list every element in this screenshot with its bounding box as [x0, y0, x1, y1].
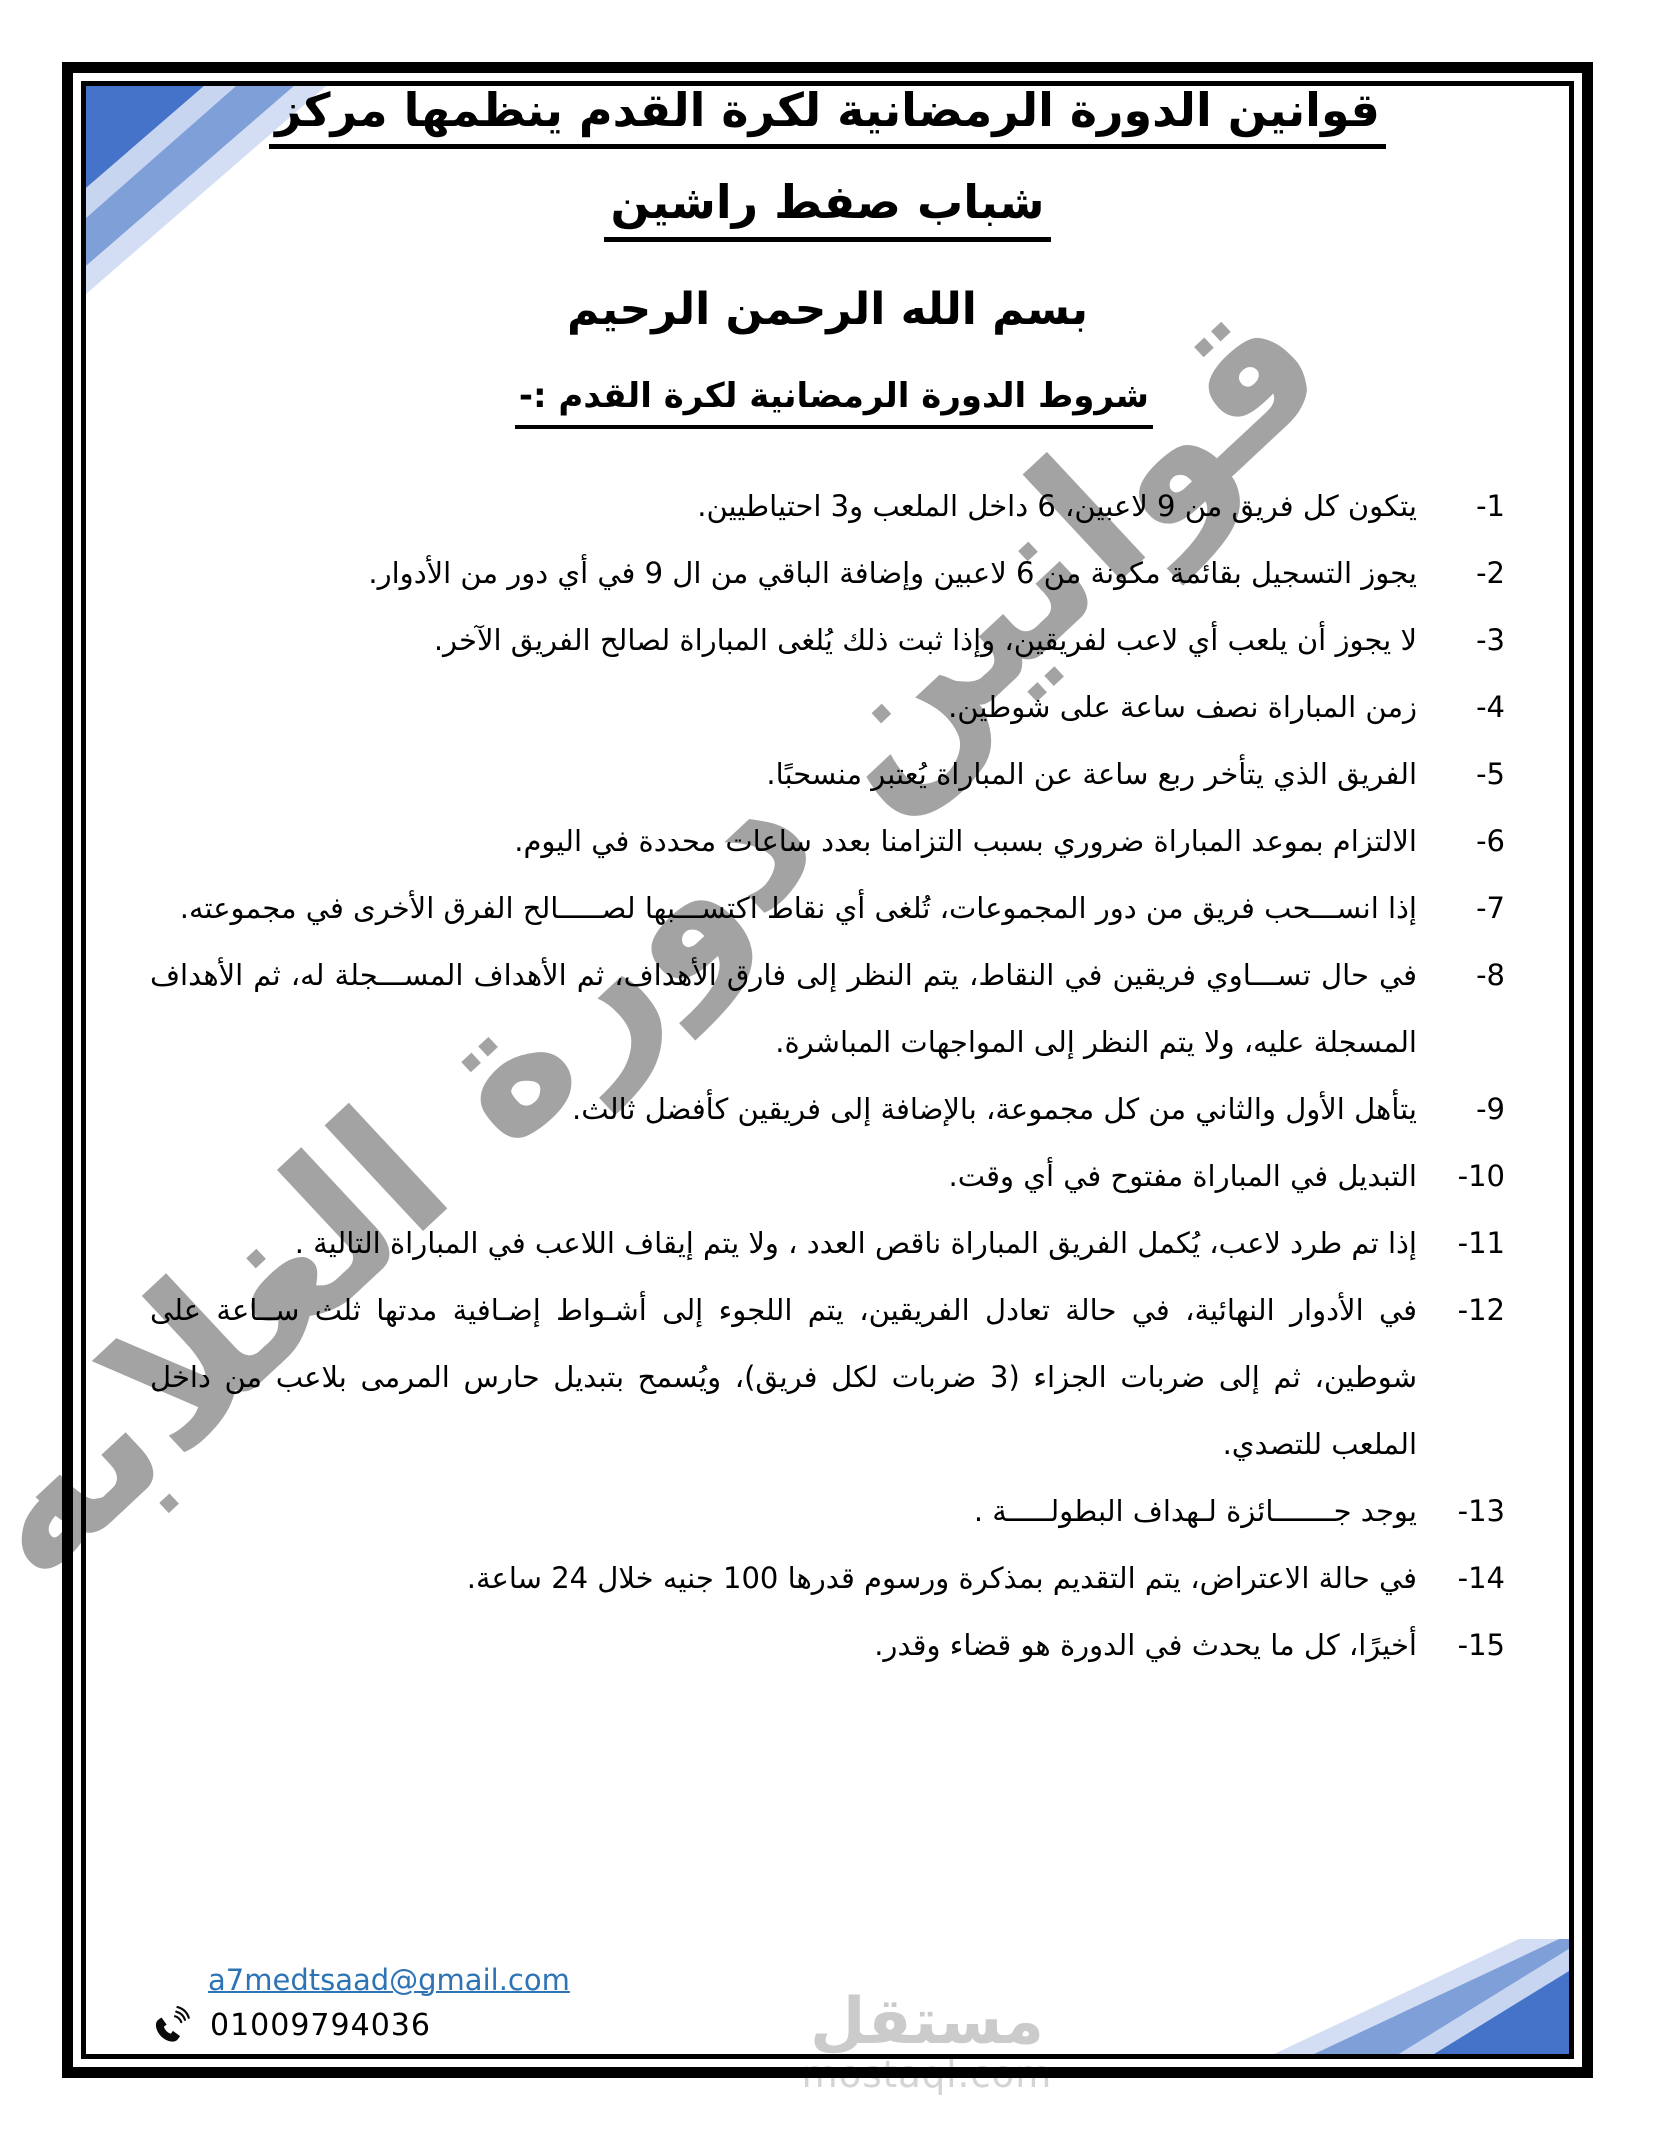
rule-text: في حال تســـاوي فريقين في النقاط، يتم ال…	[150, 942, 1417, 1076]
rule-number: 15-	[1417, 1612, 1505, 1679]
rule-text: إذا تم طرد لاعب، يُكمل الفريق المباراة ن…	[150, 1210, 1417, 1277]
rule-number: 3-	[1417, 607, 1505, 674]
rule-item: 8- في حال تســـاوي فريقين في النقاط، يتم…	[150, 942, 1505, 1076]
rule-number: 6-	[1417, 808, 1505, 875]
rule-number: 4-	[1417, 674, 1505, 741]
site-watermark-arabic: مستقل	[772, 1990, 1082, 2054]
rule-text: يجوز التسجيل بقائمة مكونة من 6 لاعبين وإ…	[150, 540, 1417, 607]
rule-number: 8-	[1417, 942, 1505, 1076]
page-title: قوانين الدورة الرمضانية لكرة القدم ينظمه…	[150, 83, 1505, 149]
contact-footer: a7medtsaad@gmail.com 01009794036	[150, 1962, 570, 2045]
document-page: قوانين دورة الغلابه مستقل mostaql.com قو…	[0, 0, 1653, 2139]
rule-number: 10-	[1417, 1143, 1505, 1210]
rule-text: يتأهل الأول والثاني من كل مجموعة، بالإضا…	[150, 1076, 1417, 1143]
rule-item: 9- يتأهل الأول والثاني من كل مجموعة، بال…	[150, 1076, 1505, 1143]
rule-item: 1- يتكون كل فريق من 9 لاعبين، 6 داخل الم…	[150, 473, 1505, 540]
rule-item: 12- في الأدوار النهائية، في حالة تعادل ا…	[150, 1277, 1505, 1478]
corner-triangles-bottom-right-icon	[1219, 1939, 1569, 2054]
rule-text: أخيرًا، كل ما يحدث في الدورة هو قضاء وقد…	[150, 1612, 1417, 1679]
rules-list: 1- يتكون كل فريق من 9 لاعبين، 6 داخل الم…	[150, 473, 1505, 1679]
page-title-line2: شباب صفط راشين	[604, 175, 1050, 241]
rule-number: 14-	[1417, 1545, 1505, 1612]
rule-text: الفريق الذي يتأخر ربع ساعة عن المباراة ي…	[150, 741, 1417, 808]
rule-item: 15- أخيرًا، كل ما يحدث في الدورة هو قضاء…	[150, 1612, 1505, 1679]
phone-handset-icon	[150, 2005, 190, 2045]
section-heading: شروط الدورة الرمضانية لكرة القدم :-	[515, 374, 1153, 429]
document-content: قوانين الدورة الرمضانية لكرة القدم ينظمه…	[150, 83, 1505, 1679]
rule-text: إذا انســـحب فريق من دور المجموعات، تُلغ…	[150, 875, 1417, 942]
rule-number: 13-	[1417, 1478, 1505, 1545]
site-watermark-domain: mostaql.com	[772, 2056, 1082, 2093]
phone-number: 01009794036	[210, 2008, 431, 2043]
rule-text: التبديل في المباراة مفتوح في أي وقت.	[150, 1143, 1417, 1210]
site-watermark: مستقل mostaql.com	[772, 1990, 1082, 2093]
rule-item: 14- في حالة الاعتراض، يتم التقديم بمذكرة…	[150, 1545, 1505, 1612]
rule-item: 6- الالتزام بموعد المباراة ضروري بسبب ال…	[150, 808, 1505, 875]
rule-number: 5-	[1417, 741, 1505, 808]
rule-text: في الأدوار النهائية، في حالة تعادل الفري…	[150, 1277, 1417, 1478]
basmala-text: بسم الله الرحمن الرحيم	[150, 276, 1505, 344]
rule-number: 7-	[1417, 875, 1505, 942]
rule-item: 3- لا يجوز أن يلعب أي لاعب لفريقين، وإذا…	[150, 607, 1505, 674]
section-heading-wrap: شروط الدورة الرمضانية لكرة القدم :-	[150, 374, 1505, 429]
rule-text: لا يجوز أن يلعب أي لاعب لفريقين، وإذا ثب…	[150, 607, 1417, 674]
rule-item: 7- إذا انســـحب فريق من دور المجموعات، ت…	[150, 875, 1505, 942]
phone-row: 01009794036	[150, 2005, 570, 2045]
rule-number: 1-	[1417, 473, 1505, 540]
rule-number: 9-	[1417, 1076, 1505, 1143]
rule-item: 5- الفريق الذي يتأخر ربع ساعة عن المبارا…	[150, 741, 1505, 808]
rule-text: في حالة الاعتراض، يتم التقديم بمذكرة ورس…	[150, 1545, 1417, 1612]
rule-number: 2-	[1417, 540, 1505, 607]
rule-text: الالتزام بموعد المباراة ضروري بسبب التزا…	[150, 808, 1417, 875]
email-link[interactable]: a7medtsaad@gmail.com	[208, 1963, 570, 1997]
rule-number: 12-	[1417, 1277, 1505, 1478]
page-title-line1: قوانين الدورة الرمضانية لكرة القدم ينظمه…	[269, 83, 1386, 149]
rule-text: زمن المباراة نصف ساعة على شوطين.	[150, 674, 1417, 741]
rule-text: يتكون كل فريق من 9 لاعبين، 6 داخل الملعب…	[150, 473, 1417, 540]
rule-number: 11-	[1417, 1210, 1505, 1277]
rule-item: 11- إذا تم طرد لاعب، يُكمل الفريق المبار…	[150, 1210, 1505, 1277]
rule-item: 13- يوجد جـــــــائزة لـهداف البطولـــــ…	[150, 1478, 1505, 1545]
rule-text: يوجد جـــــــائزة لـهداف البطولـــــة .	[150, 1478, 1417, 1545]
rule-item: 2- يجوز التسجيل بقائمة مكونة من 6 لاعبين…	[150, 540, 1505, 607]
rule-item: 10- التبديل في المباراة مفتوح في أي وقت.	[150, 1143, 1505, 1210]
page-title-line2-wrap: شباب صفط راشين	[150, 175, 1505, 241]
rule-item: 4- زمن المباراة نصف ساعة على شوطين.	[150, 674, 1505, 741]
email-row: a7medtsaad@gmail.com	[208, 1962, 570, 1998]
